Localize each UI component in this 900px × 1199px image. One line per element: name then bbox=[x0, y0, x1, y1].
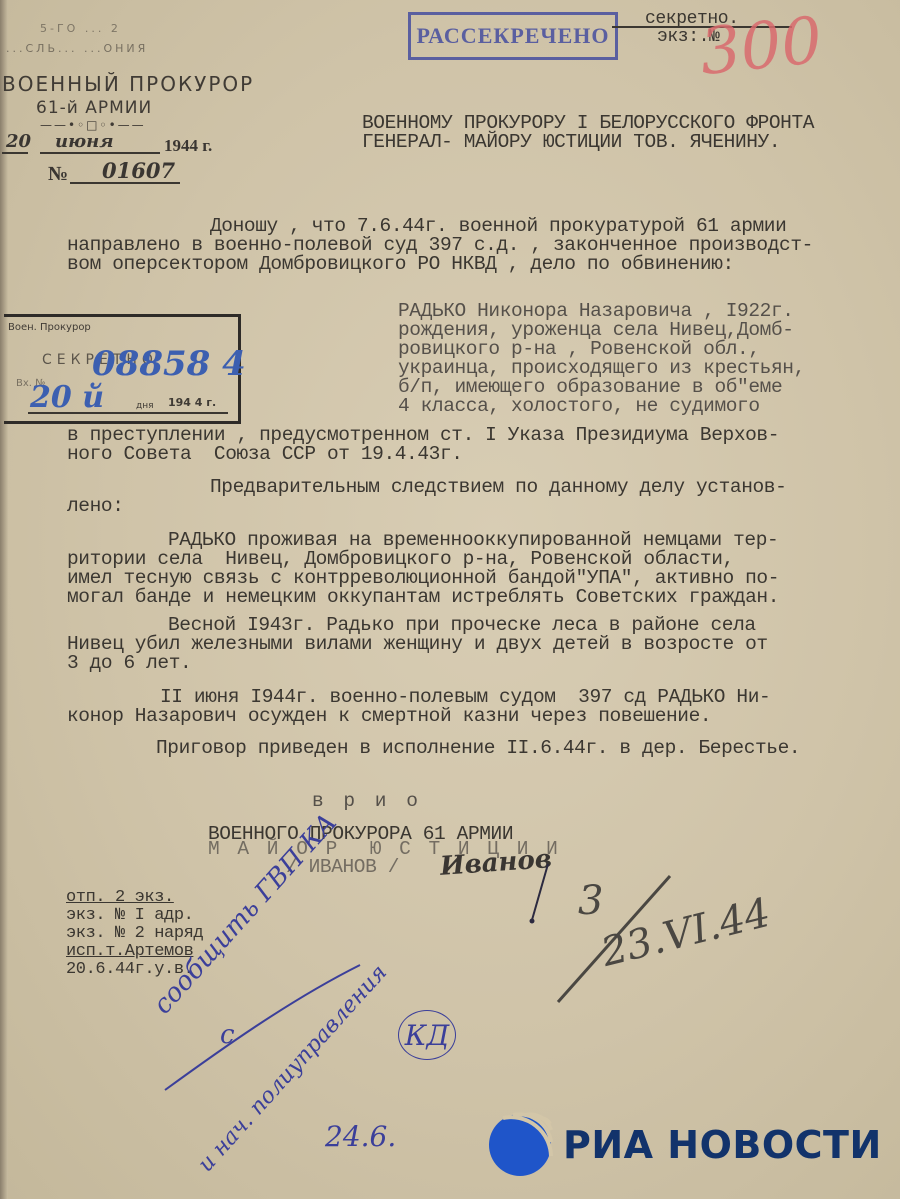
intro-line-3: вом оперсектором Домбровицкого РО НКВД ,… bbox=[67, 253, 734, 275]
registration-day-suffix: дня bbox=[136, 401, 154, 411]
stamp-army: 61-й АРМИИ bbox=[36, 98, 152, 118]
resolution-line-1: с bbox=[220, 1020, 235, 1050]
ria-globe-icon bbox=[487, 1112, 553, 1178]
charge-line-2: ного Совета Союза ССР от 19.4.43г. bbox=[67, 443, 463, 465]
paper-binding-edge bbox=[0, 0, 8, 1199]
distribution-line: исп.т.Артемов bbox=[66, 943, 203, 961]
registration-day: 20 й bbox=[30, 380, 104, 415]
findings-intro-line-2: лено: bbox=[67, 495, 124, 517]
stamp-date-day-line bbox=[2, 152, 28, 154]
registration-stamp-header: Воен. Прокурор bbox=[8, 322, 91, 333]
registration-incoming-number: 08858 4 bbox=[92, 344, 246, 384]
stamp-date-month-line bbox=[40, 152, 160, 154]
faded-stamp-line-2: ...СЛЬ... ...ОНИЯ bbox=[6, 42, 148, 55]
verdict-line-2: конор Назарович осужден к смертной казни… bbox=[67, 705, 711, 727]
registration-year: 194 4 г. bbox=[168, 396, 216, 409]
ria-novosti-watermark: РИА НОВОСТИ bbox=[487, 1112, 882, 1178]
accused-block: РАДЬКО Никонора Назаровича , I922г. рожд… bbox=[398, 302, 805, 416]
stamp-number: 01607 bbox=[102, 158, 175, 183]
resolution-initials: КД bbox=[398, 1010, 456, 1060]
declassified-stamp: РАССЕКРЕЧЕНО bbox=[408, 12, 618, 60]
stamp-number-label: № bbox=[48, 163, 68, 186]
findings-intro-line-1: Предварительным следствием по данному де… bbox=[210, 476, 786, 498]
accused-line: 4 класса, холостого, не судимого bbox=[398, 397, 805, 416]
resolution-date: 24.6. bbox=[325, 1120, 396, 1153]
registration-date-line bbox=[28, 412, 228, 414]
faded-stamp-line-1: 5-ГО ... 2 bbox=[40, 22, 121, 35]
findings-line-4: могал банде и немецким оккупантам истреб… bbox=[67, 586, 779, 608]
stamp-ornament: ——•◦□◦•—— bbox=[40, 118, 146, 132]
execution-line: Приговор приведен в исполнение II.6.44г.… bbox=[156, 737, 800, 759]
stamp-date-year: 1944 г. bbox=[164, 136, 212, 156]
signature-vrio: в р и о bbox=[312, 790, 422, 812]
stamp-prosecutor-title: ВОЕННЫЙ ПРОКУРОР bbox=[2, 72, 254, 96]
stamp-date-month: июня bbox=[55, 131, 114, 152]
distribution-line: экз. № I адр. bbox=[66, 907, 203, 925]
distribution-line: экз. № 2 наряд bbox=[66, 925, 203, 943]
distribution-line: отп. 2 экз. bbox=[66, 889, 203, 907]
stamp-date-day: 20 bbox=[6, 131, 31, 152]
ria-novosti-brand: РИА НОВОСТИ bbox=[563, 1123, 882, 1167]
crime-line-3: 3 до 6 лет. bbox=[67, 652, 191, 674]
addressee-line-2: ГЕНЕРАЛ- МАЙОРУ ЮСТИЦИИ ТОВ. ЯЧЕНИНУ. bbox=[362, 131, 780, 153]
copy-number-handwritten: 300 bbox=[697, 6, 826, 88]
